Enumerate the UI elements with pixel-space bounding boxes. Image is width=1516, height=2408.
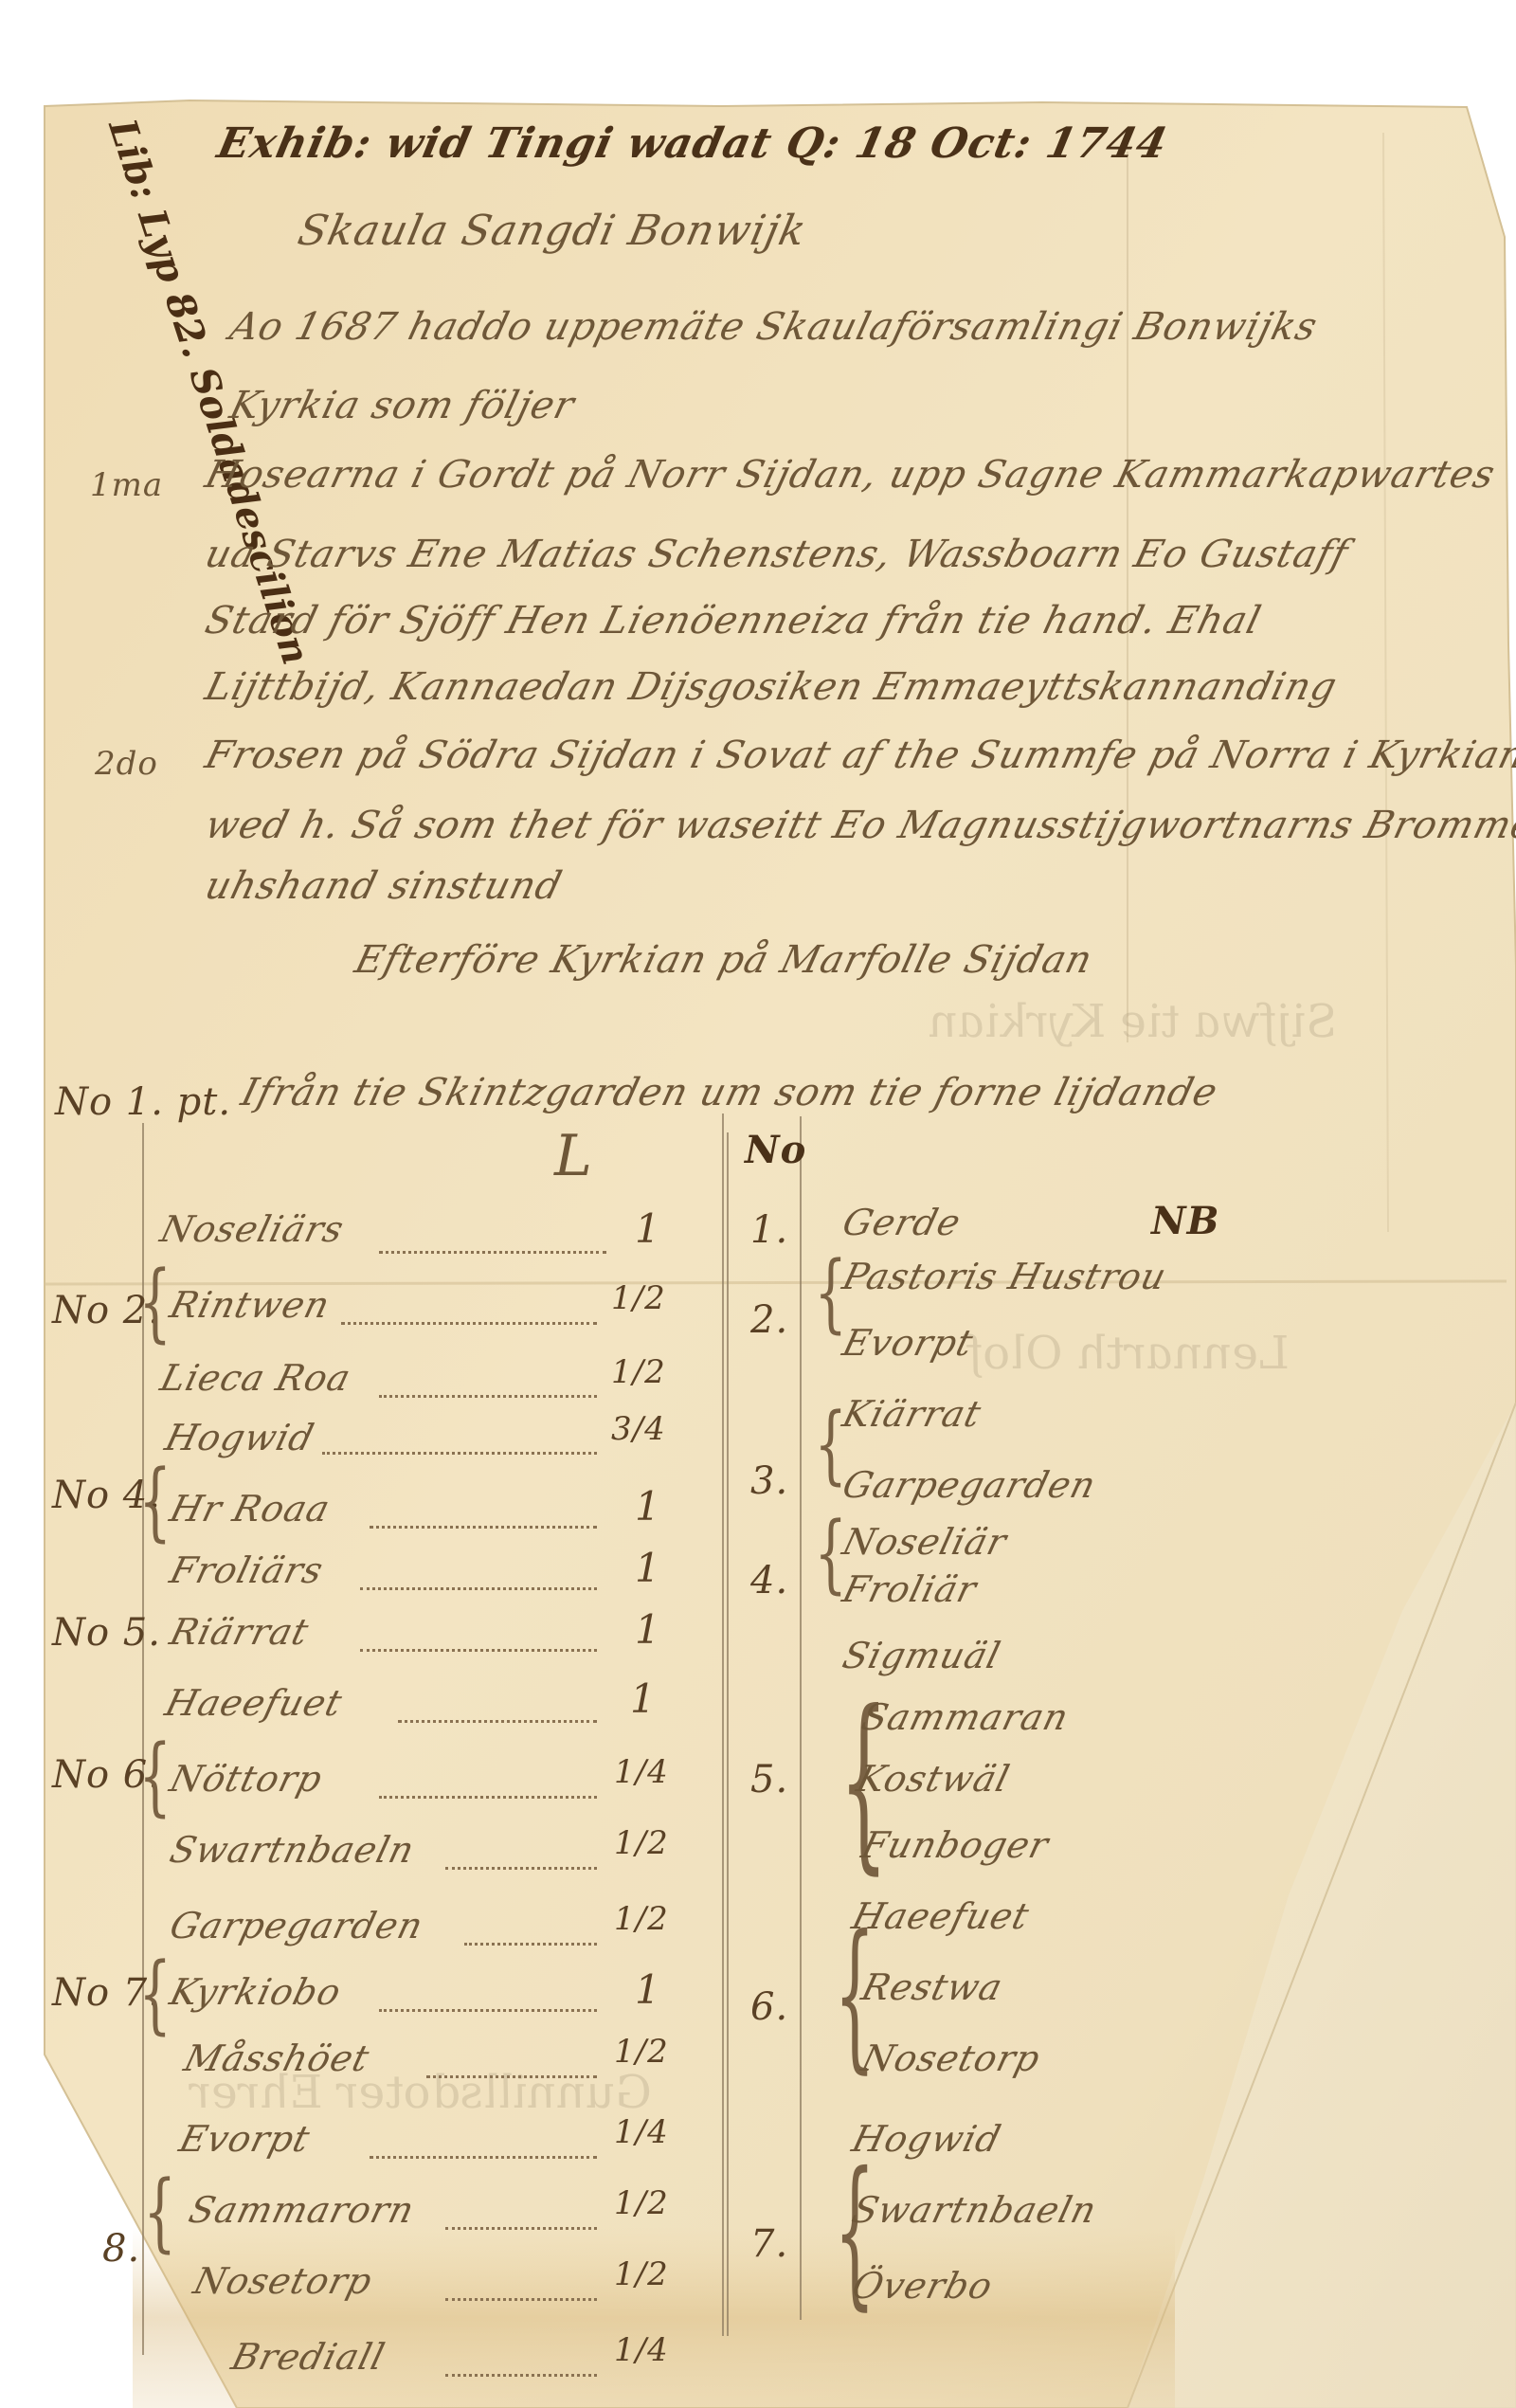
ledger-entry: Noseliär [839,1521,1011,1563]
leader-dots [322,1452,597,1455]
brace-icon: { [138,1734,171,1820]
ledger-entry-name: Nosetorp [189,2260,377,2302]
leader-dots [360,1587,597,1590]
ledger-entry: Gerde [839,1202,966,1243]
group-number: 6. [750,1985,788,2029]
ledger-entry-name: Måsshöet [180,2037,374,2079]
ledger-entry: Swartnbaeln [848,2189,1101,2231]
bleed-through-text: Sijfwa tie Kyrkian [924,995,1342,1048]
ledger-rule-mid-double [727,1132,729,2336]
ledger-left-header: L [554,1123,593,1189]
brace-icon: { [138,1260,171,1346]
leader-dots [445,1867,597,1870]
body-line: Hosearna i Gordt på Norr Sijdan, upp Sag… [201,453,1500,497]
ledger-entry-value: 3/4 [611,1410,666,1448]
ledger-entry-name: Riärrat [166,1611,314,1653]
table-intro-marker: No 1. pt. [55,1080,231,1124]
exhibit-note: Exhib: wid Tingi wadat Q: 18 Oct: 1744 [213,119,1172,168]
group-number: 3. [750,1459,788,1503]
leader-dots [379,1395,597,1398]
ledger-entry: Evorpt [839,1322,978,1364]
group-number: 1. [750,1208,788,1252]
ledger-entry-value: 1 [635,1966,661,2013]
manuscript-scan: Sijfwa tie Kyrkian Lennarth Olof Gunnill… [0,0,1516,2408]
leader-dots [360,1649,597,1652]
body-line: ua Starvs Ene Matias Schenstens, Wassboa… [201,533,1353,576]
body-line: wed h. Så som thet för waseitt Eo Magnus… [201,804,1516,847]
body-line: Stard för Sjöff Hen Lienöenneiza från ti… [201,599,1266,643]
document-title: Skaula Sangdi Bonwijk [294,207,811,255]
group-marker: 8. [102,2227,140,2271]
ledger-entry: Funboger [857,1824,1053,1866]
body-line: Lijttbijd, Kannaedan Dijsgosiken Emmaeyt… [201,665,1342,709]
ledger-entry-name: Garpegarden [166,1905,427,1946]
table-intro: Ifrån tie Skintzgarden um som tie forne … [237,1071,1222,1114]
ledger-entry-name: Rintwen [166,1284,334,1326]
leader-dots [379,1796,597,1799]
ledger-entry-name: Hr Roaa [166,1488,334,1530]
ledger-entry-value: 1 [635,1483,661,1530]
group-number: 2. [750,1298,788,1342]
ledger-entry-name: Froliärs [166,1549,328,1591]
ledger-entry-value: 1/2 [614,2184,669,2222]
leader-dots [379,2009,597,2012]
ledger-entry-name: Hogwid [161,1417,318,1458]
ledger-entry-value: 1/4 [614,1753,669,1791]
margin-label-1ma: 1ma [90,466,163,504]
ledger-right-header: No [745,1128,806,1172]
ledger-entry: Garpegarden [839,1464,1100,1506]
ledger-entry: Kostwäl [853,1758,1014,1800]
bleed-through-text: Lennarth Olof [962,1327,1293,1380]
body-line: uhshand sinstund [201,864,567,908]
leader-dots [445,2298,597,2301]
ledger-entry-value: 1/2 [614,1824,669,1862]
ledger-entry-name: Swartnbaeln [166,1829,419,1871]
ledger-entry-value: 1 [635,1205,661,1252]
leader-dots [370,2156,597,2159]
ledger-entry-name: Sammarorn [185,2189,419,2231]
brace-icon: { [138,1952,171,2037]
brace-icon: { [143,2170,175,2255]
ledger-entry-name: Kyrkiobo [166,1971,346,2013]
leader-dots [341,1322,597,1325]
brace-icon: { [814,1403,846,1488]
body-line: Efterföre Kyrkian på Marfolle Sijdan [351,938,1097,982]
ledger-entry: Överbo [848,2265,997,2307]
ledger-entry-value: 1/4 [614,2331,669,2369]
group-number: 7. [750,2222,788,2266]
ledger-entry-value: 1/2 [611,1279,666,1317]
group-number: 5. [750,1758,788,1801]
body-line: Kyrkia som följer [226,384,579,427]
ledger-entry: Restwa [857,1966,1007,2008]
ledger-entry: Sammaran [857,1696,1074,1738]
leader-dots [445,2227,597,2230]
ledger-entry-value: 1/4 [614,2113,669,2151]
ledger-entry-value: 1/2 [611,1353,666,1391]
ledger-entry-name: Haeefuet [161,1682,347,1724]
ledger-entry-name: Brediall [227,2336,389,2378]
ledger-entry-value: 1 [635,1545,661,1591]
ledger-entry: Hogwid [848,2118,1005,2160]
leader-dots [445,2374,597,2377]
ledger-entry-name: Noseliärs [156,1208,349,1250]
group-number: 4. [750,1559,788,1602]
ledger-entry-value: 1/2 [614,2255,669,2293]
ledger-entry-name: Nöttorp [166,1758,327,1800]
body-line: Frosen på Södra Sijdan i Sovat af the Su… [201,733,1516,777]
ledger-entry: Pastoris Hustrou [839,1256,1171,1297]
ledger-entry-value: 1 [635,1606,661,1653]
ledger-entry: Nosetorp [857,2037,1045,2079]
body-line: Ao 1687 haddo uppemäte Skaulaförsamlingi… [226,305,1322,349]
leader-dots [370,1526,597,1529]
ledger-rule-mid [722,1113,724,2336]
ledger-entry-value: 1/2 [614,1900,669,1938]
ledger-entry-name: Lieca Roa [156,1357,355,1399]
leader-dots [398,1720,597,1723]
ledger-entry: Froliär [839,1568,982,1610]
leader-dots [379,1251,606,1254]
ledger-entry-name: Evorpt [175,2118,315,2160]
ledger-right-aside-note: NB [1151,1199,1219,1243]
ledger-entry-value: 1/2 [614,2033,669,2071]
brace-icon: { [138,1459,171,1545]
ledger-entry: Kiärrat [839,1393,985,1435]
ledger-entry-value: 1 [630,1675,657,1722]
ledger-entry: Haeefuet [848,1895,1034,1937]
ledger-rule-right [800,1116,802,2320]
group-marker: No 5. [52,1611,161,1655]
margin-label-2do: 2do [95,745,158,783]
leader-dots [464,1943,597,1946]
ledger-entry: Sigmuäl [839,1635,1005,1676]
leader-dots [426,2075,597,2078]
